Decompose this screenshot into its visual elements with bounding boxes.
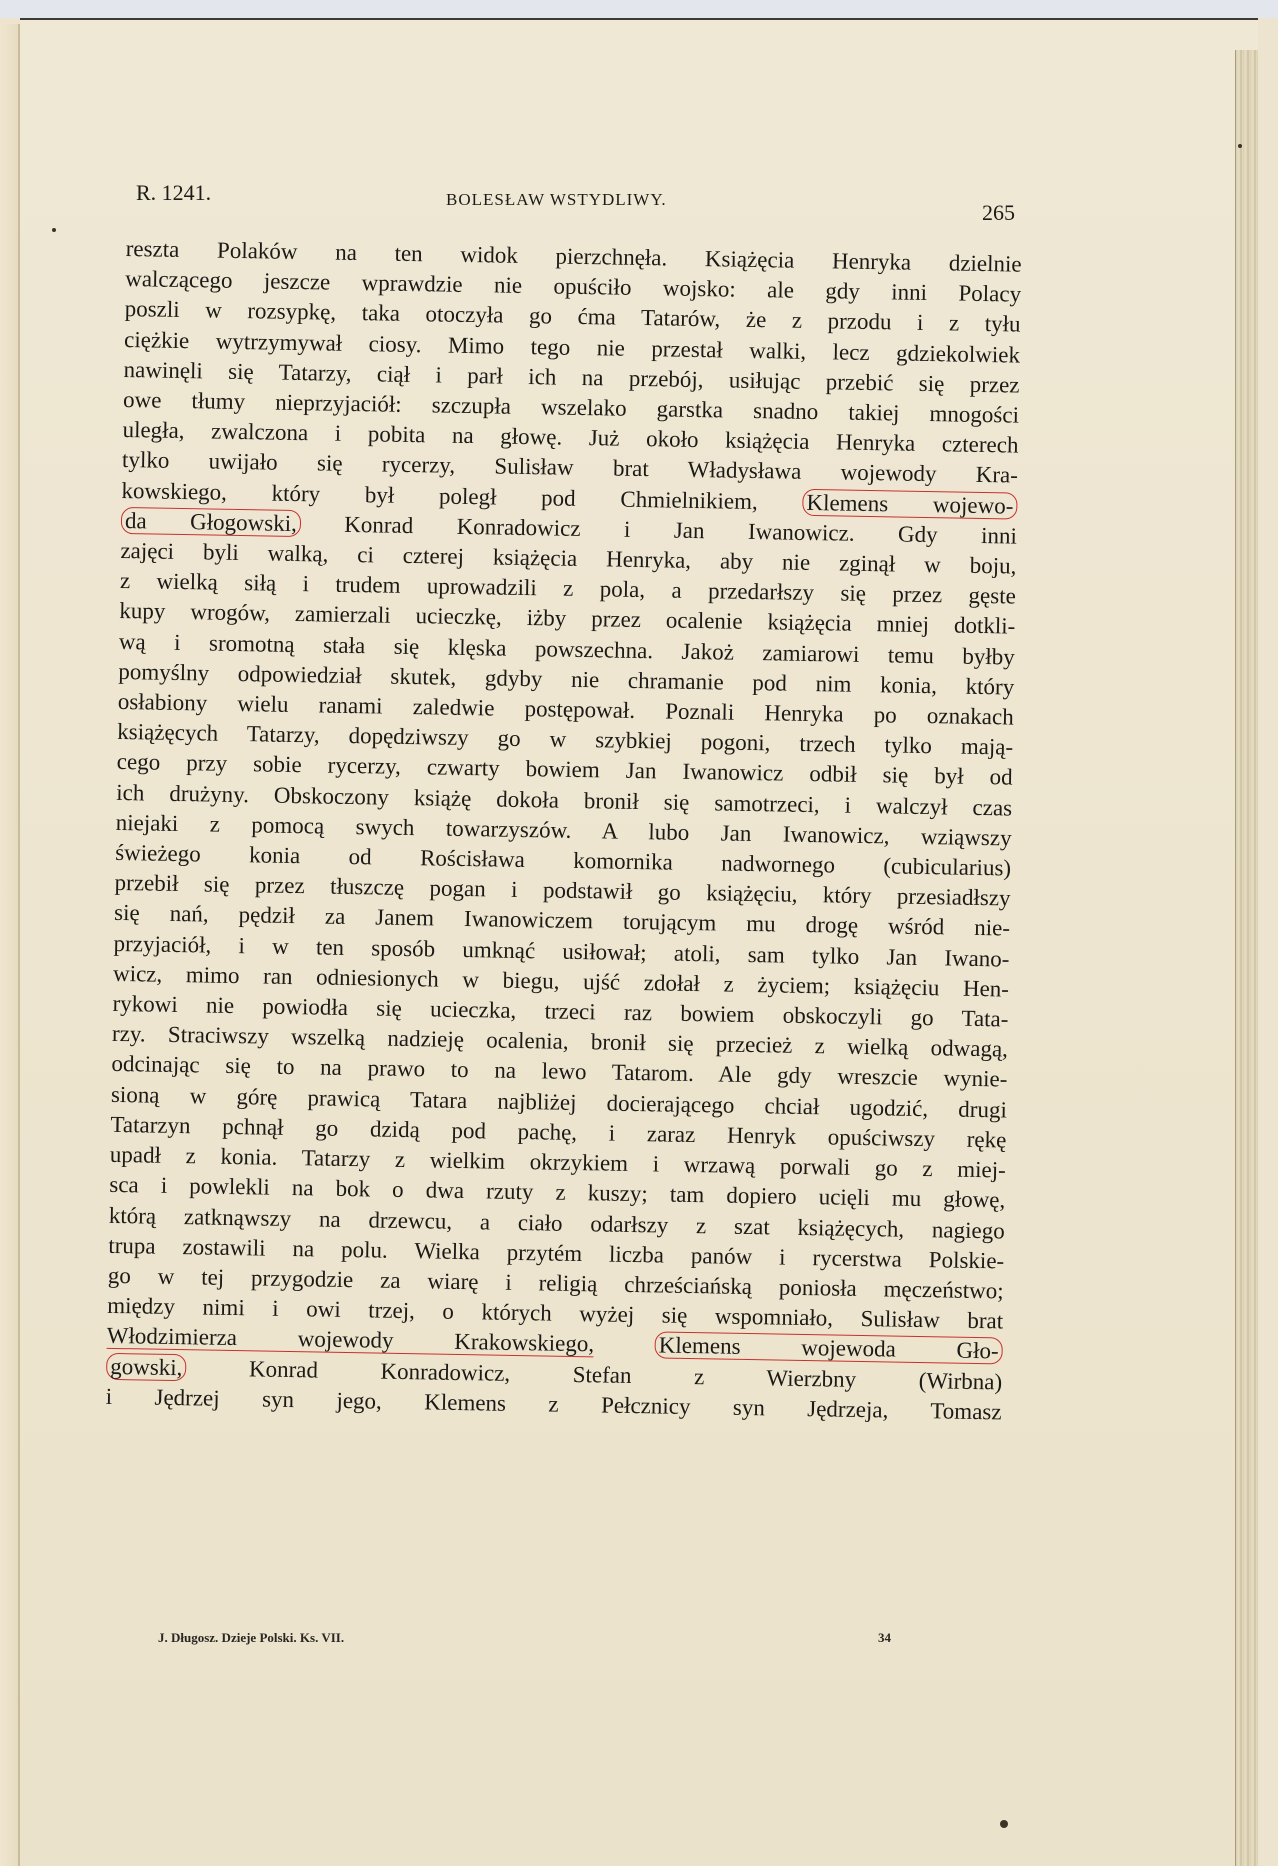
foxing-spot (52, 228, 56, 232)
year-marker: R. 1241. (136, 180, 211, 206)
annotation-circle: Klemens wojewoda Gło- (655, 1332, 1003, 1365)
foxing-spot (1000, 1820, 1008, 1828)
page-edges (1235, 50, 1258, 1866)
page-number: 265 (982, 200, 1015, 226)
annotation-circle: Klemens wojewo- (802, 488, 1017, 519)
signature-mark: J. Długosz. Dzieje Polski. Ks. VII. (158, 1630, 344, 1646)
sheet-number: 34 (878, 1630, 891, 1646)
body-text: reszta Polaków na ten widok pierzchnęła.… (105, 234, 1025, 1427)
page-header: R. 1241. BOLESŁAW WSTYDLIWY. 265 (136, 180, 1036, 220)
left-page-edge (0, 24, 20, 1866)
annotation-circle: gowski, (106, 1352, 187, 1380)
foxing-spot (1238, 144, 1242, 148)
page-footer: J. Długosz. Dzieje Polski. Ks. VII. 34 (158, 1630, 978, 1660)
running-title: BOLESŁAW WSTYDLIWY. (446, 190, 667, 210)
annotation-circle: da Głogowski, (121, 507, 301, 537)
